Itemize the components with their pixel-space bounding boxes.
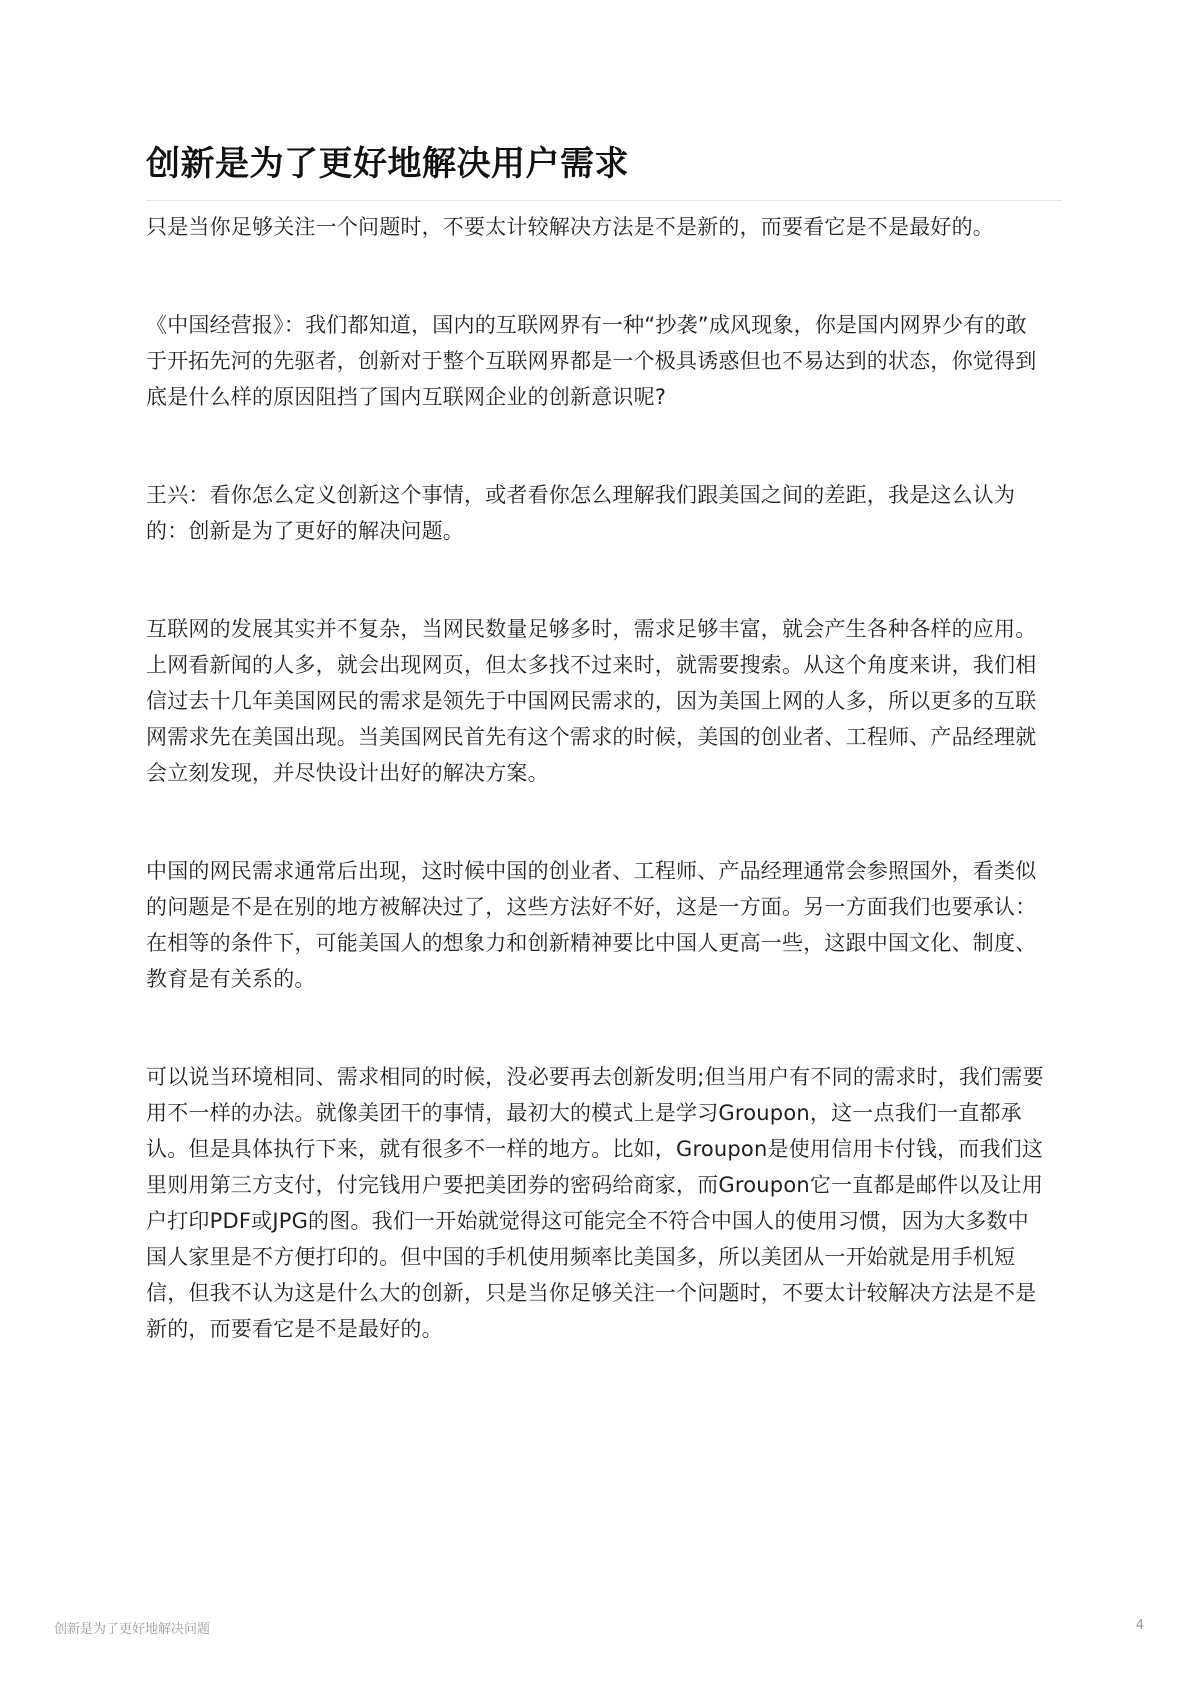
document-page: 创新是为了更好地解决用户需求 只是当你足够关注一个问题时，不要太计较解决方法是不…: [0, 0, 1200, 1698]
interview-question-paragraph: 《中国经营报》：我们都知道，国内的互联网界有一种“抄袭”成风现象，你是国内网界少…: [146, 307, 1046, 415]
footer-chapter-title: 创新是为了更好地解决问题: [54, 1618, 210, 1637]
page-number: 4: [1136, 1618, 1144, 1633]
page-footer: 创新是为了更好地解决问题 4: [54, 1618, 1146, 1638]
body-paragraph: 可以说当环境相同、需求相同的时候，没必要再去创新发明;但当用户有不同的需求时，我…: [146, 1059, 1046, 1347]
body-paragraph: 中国的网民需求通常后出现，这时候中国的创业者、工程师、产品经理通常会参照国外，看…: [146, 853, 1046, 997]
body-paragraph: 互联网的发展其实并不复杂，当网民数量足够多时，需求足够丰富，就会产生各种各样的应…: [146, 611, 1046, 791]
summary-paragraph: 只是当你足够关注一个问题时，不要太计较解决方法是不是新的，而要看它是不是最好的。: [146, 209, 1046, 245]
section-title: 创新是为了更好地解决用户需求: [146, 138, 1062, 190]
interview-answer-paragraph: 王兴：看你怎么定义创新这个事情，或者看你怎么理解我们跟美国之间的差距，我是这么认…: [146, 477, 1046, 549]
title-divider: [146, 200, 1062, 201]
page-content: 创新是为了更好地解决用户需求 只是当你足够关注一个问题时，不要太计较解决方法是不…: [146, 138, 1062, 1347]
